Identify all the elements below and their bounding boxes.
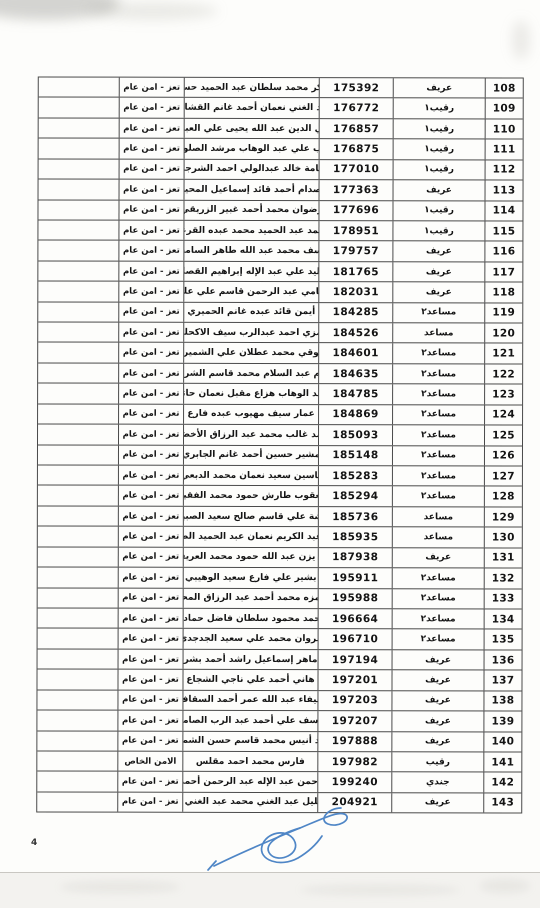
cell-unit: تعز - امن عام <box>119 364 184 384</box>
scan-smudge-top-left <box>0 0 120 20</box>
table-row: تعز - امن عام وداد عبد الكريم نعمان عبد … <box>38 527 522 548</box>
table-row: تعز - امن عام نجيب علي عبد الوهاب مرشد ا… <box>39 139 523 160</box>
cell-service-number: 185935 <box>319 527 393 547</box>
cell-name: هيفاء عبد الله عمر أحمد السقاف <box>183 690 318 710</box>
cell-name: أحمد عبد الحميد محمد عبده القرعه <box>184 221 319 241</box>
cell-rank: مساعد٢ <box>393 344 485 364</box>
cell-rank: مساعد٢ <box>393 589 485 609</box>
cell-name: اسامة خالد عبدالولي احمد الشرجبي <box>185 159 320 179</box>
cell-name: يوسف محمد عبد الله طاهر السامعي <box>184 241 319 261</box>
cell-unit: تعز - امن عام <box>119 241 184 261</box>
cell-row-number: 124 <box>485 405 522 424</box>
cell-rank: مساعد٢ <box>393 609 485 629</box>
cell-blank <box>37 670 118 690</box>
cell-row-number: 118 <box>485 283 522 302</box>
cell-service-number: 184869 <box>319 405 393 425</box>
cell-row-number: 123 <box>485 385 522 404</box>
cell-unit: تعز - امن عام <box>119 445 184 465</box>
cell-service-number: 179757 <box>319 241 393 261</box>
cell-name: يعقوب طارش حمود محمد الفقيه <box>184 486 319 506</box>
cell-blank <box>38 363 119 383</box>
cell-rank: رقيب١ <box>394 119 486 139</box>
cell-unit: تعز - امن عام <box>120 139 185 159</box>
cell-unit: تعز - امن عام <box>119 221 184 241</box>
cell-blank <box>39 139 120 159</box>
cell-unit: تعز - امن عام <box>118 711 183 731</box>
cell-service-number: 197194 <box>319 650 393 670</box>
cell-row-number: 109 <box>486 99 523 118</box>
cell-name: أيمن قائد عبده غانم الحميري <box>184 302 319 322</box>
cell-name: أحمد أنيس محمد قاسم حسن الشميري <box>183 731 318 751</box>
cell-name: وليد علي عبد الإله إبراهيم القصار <box>184 262 319 282</box>
cell-row-number: 126 <box>485 446 522 465</box>
table-row: تعز - امن عام وليد علي عبد الإله إبراهيم… <box>38 261 522 282</box>
cell-rank: عريف <box>393 282 485 302</box>
table-row: تعز - امن عام يعقوب طارش حمود محمد الفقي… <box>38 486 522 507</box>
cell-blank <box>38 486 119 506</box>
cell-service-number: 195988 <box>319 589 393 609</box>
cell-rank: عريف <box>393 262 485 282</box>
cell-service-number: 178951 <box>319 221 393 241</box>
cell-blank <box>38 527 119 547</box>
table-row: تعز - امن عام أحمد أنيس محمد قاسم حسن ال… <box>37 731 521 752</box>
table-row: تعز - امن عام ماهر إسماعيل راشد أحمد بشر… <box>38 649 522 670</box>
cell-blank <box>38 568 119 588</box>
cell-rank: مساعد <box>393 528 485 548</box>
cell-blank <box>38 547 119 567</box>
cell-unit: تعز - امن عام <box>119 466 184 486</box>
scan-smudge-right-edge <box>512 20 530 60</box>
cell-row-number: 136 <box>485 650 522 669</box>
cell-blank <box>38 404 119 424</box>
cell-service-number: 197203 <box>318 691 392 711</box>
table-row: تعز - امن عام صدام عبد السلام محمد قاسم … <box>38 363 522 384</box>
cell-unit: تعز - امن عام <box>118 670 183 690</box>
cell-unit: تعز - امن عام <box>119 486 184 506</box>
table-row: الامن الخاص فارس محمد احمد مقلس 197982 ر… <box>37 751 521 772</box>
cell-unit: تعز - امن عام <box>119 629 184 649</box>
cell-unit: تعز - امن عام <box>119 282 184 302</box>
cell-service-number: 185736 <box>319 507 393 527</box>
table-row: تعز - امن عام عمار سيف مهيوب عبده فارع 1… <box>38 404 522 425</box>
cell-row-number: 128 <box>485 487 522 506</box>
cell-unit: تعز - امن عام <box>118 792 183 812</box>
cell-service-number: 175392 <box>320 78 394 98</box>
cell-row-number: 131 <box>485 548 522 567</box>
cell-unit: تعز - امن عام <box>118 690 183 710</box>
cell-service-number: 176875 <box>320 139 394 159</box>
cell-service-number: 197201 <box>318 670 392 690</box>
cell-name: عبد الرحمن عبد الإله عبد الرحمن أحمد منص… <box>183 772 318 792</box>
cell-rank: مساعد <box>393 507 485 527</box>
cell-blank <box>38 241 119 261</box>
cell-rank: مساعد٢ <box>393 487 485 507</box>
table-row: تعز - امن عام سامي عبد الرحمن قاسم علي ع… <box>38 282 522 303</box>
cell-service-number: 184601 <box>319 344 393 364</box>
cell-rank: عريف <box>392 732 484 752</box>
table-row: تعز - امن عام صدام أحمد قائد إسماعيل الم… <box>39 180 523 201</box>
cell-service-number: 177010 <box>320 160 394 180</box>
cell-blank <box>37 690 118 710</box>
table-row: تعز - امن عام محمد غالب محمد عبد الرزاق … <box>38 425 522 446</box>
cell-unit: تعز - امن عام <box>119 384 184 404</box>
cell-name: نجيب علي عبد الوهاب مرشد الصلواني <box>185 139 320 159</box>
cell-name: صدام عبد السلام محمد قاسم الشرعبي <box>184 364 319 384</box>
table-row: تعز - امن عام عبد الغني نعمان أحمد غانم … <box>39 98 523 119</box>
cell-unit: تعز - امن عام <box>119 343 184 363</box>
cell-blank <box>39 98 120 118</box>
cell-service-number: 197207 <box>318 711 392 731</box>
cell-row-number: 112 <box>486 160 523 179</box>
cell-name: رمزي احمد عبدالرب سيف الاكحلي <box>184 323 319 343</box>
cell-service-number: 185148 <box>319 446 393 466</box>
cell-rank: عريف <box>394 78 486 98</box>
cell-unit: تعز - امن عام <box>119 261 184 281</box>
cell-unit: تعز - امن عام <box>119 323 184 343</box>
cell-service-number: 199240 <box>318 772 392 792</box>
cell-name: فارس محمد احمد مقلس <box>183 752 318 772</box>
cell-unit: تعز - امن عام <box>120 98 185 118</box>
cell-row-number: 137 <box>484 671 521 690</box>
table-row: تعز - امن عام ذاكر محمد سلطان عبد الحميد… <box>39 77 523 98</box>
cell-name: عبد الغني نعمان أحمد غانم القشاني <box>185 98 320 118</box>
cell-name: بشير علي فارع سعيد الوهيبي <box>184 568 319 588</box>
cell-rank: مساعد٢ <box>393 405 485 425</box>
cell-blank <box>38 588 119 608</box>
cell-row-number: 108 <box>486 78 523 97</box>
cell-name: يوسف علي أحمد عبد الرب الصامت <box>183 711 318 731</box>
cell-unit: تعز - امن عام <box>119 568 184 588</box>
cell-service-number: 185093 <box>319 425 393 445</box>
cell-name: وداد عبد الكريم نعمان عبد الحميد الصبيري <box>184 527 319 547</box>
cell-name: عبد الجليل عبد الغني محمد عبد الغني مدهش <box>183 793 318 813</box>
cell-service-number: 182031 <box>319 282 393 302</box>
cell-blank <box>37 772 118 792</box>
table-row: تعز - امن عام أيمن قائد عبده غانم الحمير… <box>38 302 522 323</box>
cell-blank <box>38 200 119 220</box>
table-row: تعز - امن عام يوسف محمد عبد الله طاهر ال… <box>38 241 522 262</box>
cell-rank: رقيب١ <box>394 99 486 119</box>
cell-name: ذاكر محمد سلطان عبد الحميد حسن <box>185 78 320 98</box>
cell-service-number: 196710 <box>319 629 393 649</box>
cell-row-number: 120 <box>485 323 522 342</box>
cell-rank: مساعد٢ <box>393 303 485 323</box>
table-row: تعز - امن عام مروان محمد علي سعيد الجدجد… <box>38 629 522 650</box>
table-row: تعز - امن عام محيي الدين عبد الله يحيى ع… <box>39 118 523 139</box>
cell-row-number: 135 <box>485 630 522 649</box>
cell-row-number: 133 <box>485 589 522 608</box>
cell-unit: تعز - امن عام <box>119 302 184 322</box>
table-row: تعز - امن عام محمد محمود سلطان فاضل حماد… <box>38 608 522 629</box>
cell-unit: الامن الخاص <box>118 752 183 772</box>
cell-unit: تعز - امن عام <box>119 649 184 669</box>
cell-service-number: 187938 <box>319 548 393 568</box>
cell-service-number: 177696 <box>319 201 393 221</box>
cell-name: مروان محمد علي سعيد الجدجدي <box>184 629 319 649</box>
cell-row-number: 110 <box>486 119 523 138</box>
table-row: تعز - امن عام مشير حسين أحمد غانم الجابر… <box>38 445 522 466</box>
personnel-roster-table: تعز - امن عام ذاكر محمد سلطان عبد الحميد… <box>36 76 524 813</box>
cell-row-number: 129 <box>485 507 522 526</box>
table-row: تعز - امن عام عبد الوهاب هزاع مقبل نعمان… <box>38 384 522 405</box>
table-row: تعز - امن عام شوقي محمد عطلان علي الشمير… <box>38 343 522 364</box>
cell-unit: تعز - امن عام <box>120 180 185 200</box>
cell-unit: تعز - امن عام <box>120 119 185 139</box>
cell-row-number: 130 <box>485 528 522 547</box>
cell-unit: تعز - امن عام <box>118 731 183 751</box>
cell-name: عبد الوهاب هزاع مقبل نعمان حاتم <box>184 384 319 404</box>
table-row: تعز - امن عام ياسين سعيد نعمان محمد الدب… <box>38 466 522 487</box>
cell-service-number: 184785 <box>319 384 393 404</box>
cell-rank: مساعد٢ <box>393 466 485 486</box>
cell-unit: تعز - امن عام <box>120 78 185 98</box>
cell-row-number: 134 <box>485 609 522 628</box>
cell-unit: تعز - امن عام <box>119 609 184 629</box>
cell-name: ذي يزن عبد الله حمود محمد العريقي <box>184 548 319 568</box>
cell-row-number: 139 <box>484 712 521 731</box>
scan-page-edge <box>0 872 540 908</box>
cell-unit: تعز - امن عام <box>119 588 184 608</box>
cell-blank <box>38 323 119 343</box>
cell-service-number: 181765 <box>319 262 393 282</box>
cell-blank <box>38 649 119 669</box>
cell-blank <box>38 425 119 445</box>
cell-unit: تعز - امن عام <box>119 527 184 547</box>
cell-service-number: 196664 <box>319 609 393 629</box>
table-row: تعز - امن عام رضوان محمد أحمد غبير الزري… <box>38 200 522 221</box>
cell-rank: رقيب١ <box>393 201 485 221</box>
cell-blank <box>38 343 119 363</box>
table-row: تعز - امن عام ذي يزن عبد الله حمود محمد … <box>38 547 522 568</box>
cell-service-number: 185283 <box>319 466 393 486</box>
cell-row-number: 119 <box>485 303 522 322</box>
table-row: تعز - امن عام عبد الجليل عبد الغني محمد … <box>37 792 521 812</box>
cell-row-number: 142 <box>484 773 521 792</box>
cell-name: سامي عبد الرحمن قاسم علي علي <box>184 282 319 302</box>
cell-rank: عريف <box>392 793 484 813</box>
cell-unit: تعز - امن عام <box>119 547 184 567</box>
cell-service-number: 195911 <box>319 568 393 588</box>
cell-service-number: 197982 <box>318 752 392 772</box>
cell-rank: عريف <box>392 711 484 731</box>
cell-row-number: 122 <box>485 364 522 383</box>
cell-row-number: 138 <box>484 691 521 710</box>
cell-service-number: 176772 <box>320 99 394 119</box>
cell-blank <box>37 711 118 731</box>
table-row: تعز - امن عام هيفاء عبد الله عمر أحمد ال… <box>37 690 521 711</box>
cell-blank <box>38 282 119 302</box>
cell-row-number: 114 <box>485 201 522 220</box>
cell-unit: تعز - امن عام <box>118 772 183 792</box>
cell-rank: رقيب١ <box>394 140 486 160</box>
cell-blank <box>38 384 119 404</box>
cell-name: شوقي محمد عطلان علي الشميري <box>184 343 319 363</box>
cell-row-number: 143 <box>484 793 521 812</box>
cell-rank: مساعد٢ <box>393 385 485 405</box>
cell-blank <box>38 261 119 281</box>
cell-blank <box>38 302 119 322</box>
table-row: تعز - امن عام روضة علي قاسم صالح سعيد ال… <box>38 506 522 527</box>
cell-row-number: 117 <box>485 262 522 281</box>
cell-row-number: 115 <box>485 221 522 240</box>
cell-name: عمار سيف مهيوب عبده فارع <box>184 405 319 425</box>
cell-row-number: 127 <box>485 466 522 485</box>
cell-rank: عريف <box>393 242 485 262</box>
cell-row-number: 116 <box>485 242 522 261</box>
cell-rank: جندي <box>392 773 484 793</box>
cell-name: ماهر إسماعيل راشد أحمد بشر <box>184 650 319 670</box>
cell-service-number: 176857 <box>320 119 394 139</box>
cell-name: رضوان محمد أحمد غبير الزريقي <box>184 200 319 220</box>
cell-row-number: 121 <box>485 344 522 363</box>
table-row: تعز - امن عام يوسف علي أحمد عبد الرب الص… <box>37 711 521 732</box>
table-row: تعز - امن عام هاني أحمد علي ناجي الشجاع … <box>37 670 521 691</box>
scan-smudge-top <box>88 2 218 20</box>
cell-unit: تعز - امن عام <box>119 200 184 220</box>
cell-blank <box>39 180 120 200</box>
cell-blank <box>39 77 120 97</box>
table-row: تعز - امن عام عبد الرحمن عبد الإله عبد ا… <box>37 772 521 793</box>
cell-rank: رقيب <box>392 752 484 772</box>
cell-rank: رقيب١ <box>394 160 486 180</box>
cell-name: صدام أحمد قائد إسماعيل المحيا <box>185 180 320 200</box>
cell-row-number: 125 <box>485 426 522 445</box>
cell-blank <box>38 608 119 628</box>
cell-blank <box>38 629 119 649</box>
cell-rank: عريف <box>393 548 485 568</box>
cell-service-number: 184635 <box>319 364 393 384</box>
cell-row-number: 141 <box>484 752 521 771</box>
cell-name: روضة علي قاسم صالح سعيد الصبيري <box>184 507 319 527</box>
cell-rank: رقيب١ <box>393 221 485 241</box>
cell-service-number: 184285 <box>319 303 393 323</box>
cell-row-number: 140 <box>484 732 521 751</box>
cell-blank <box>38 445 119 465</box>
cell-blank <box>39 159 120 179</box>
cell-rank: مساعد٢ <box>393 364 485 384</box>
cell-rank: مساعد٢ <box>393 425 485 445</box>
table-row: تعز - امن عام أحمد عبد الحميد محمد عبده … <box>38 220 522 241</box>
cell-unit: تعز - امن عام <box>119 507 184 527</box>
cell-unit: تعز - امن عام <box>119 404 184 424</box>
table-row: تعز - امن عام اسامة خالد عبدالولي احمد ا… <box>39 159 523 180</box>
cell-unit: تعز - امن عام <box>120 159 185 179</box>
cell-name: محمد محمود سلطان فاضل حمادي <box>184 609 319 629</box>
cell-rank: مساعد <box>393 323 485 343</box>
cell-row-number: 132 <box>485 569 522 588</box>
cell-blank <box>37 731 118 751</box>
cell-rank: عريف <box>392 691 484 711</box>
cell-service-number: 177363 <box>320 180 394 200</box>
cell-name: حمزه محمد أحمد عبد الرزاق المحيا <box>184 588 319 608</box>
cell-rank: مساعد٢ <box>393 568 485 588</box>
cell-service-number: 184526 <box>319 323 393 343</box>
cell-name: ياسين سعيد نعمان محمد الدبعي <box>184 466 319 486</box>
cell-rank: عريف <box>393 650 485 670</box>
page-number: 4 <box>31 838 37 848</box>
cell-blank <box>38 506 119 526</box>
cell-service-number: 204921 <box>318 793 392 813</box>
table-row: تعز - امن عام بشير علي فارع سعيد الوهيبي… <box>38 568 522 589</box>
cell-row-number: 113 <box>486 181 523 200</box>
cell-rank: مساعد٢ <box>393 630 485 650</box>
cell-name: محيي الدين عبد الله يحيى علي العباسي <box>185 119 320 139</box>
cell-row-number: 111 <box>486 140 523 159</box>
cell-rank: عريف <box>394 180 486 200</box>
cell-blank <box>39 118 120 138</box>
cell-rank: عريف <box>392 670 484 690</box>
cell-service-number: 185294 <box>319 487 393 507</box>
cell-blank <box>38 220 119 240</box>
cell-name: مشير حسين أحمد غانم الجابري <box>184 445 319 465</box>
cell-service-number: 197888 <box>318 732 392 752</box>
cell-rank: مساعد٢ <box>393 446 485 466</box>
cell-name: هاني أحمد علي ناجي الشجاع <box>183 670 318 690</box>
table-row: تعز - امن عام رمزي احمد عبدالرب سيف الاك… <box>38 323 522 344</box>
cell-blank <box>37 792 118 812</box>
cell-blank <box>37 751 118 771</box>
table-row: تعز - امن عام حمزه محمد أحمد عبد الرزاق … <box>38 588 522 609</box>
cell-name: محمد غالب محمد عبد الرزاق الأخضري <box>184 425 319 445</box>
cell-unit: تعز - امن عام <box>119 425 184 445</box>
cell-blank <box>38 466 119 486</box>
